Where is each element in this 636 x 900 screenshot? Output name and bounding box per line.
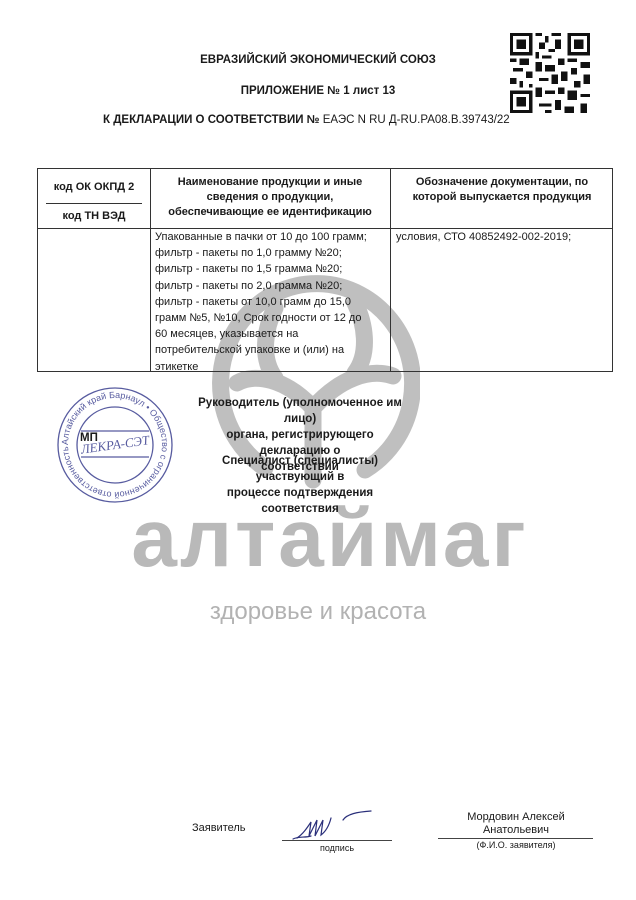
mp-label: МП [80, 432, 98, 444]
header-line: сведения о продукции, [150, 190, 390, 205]
header-line: Наименование продукции и иные [150, 175, 390, 190]
seal-stamp-icon: Алтайский край Барнаул • Общество с огра… [55, 385, 175, 505]
name-line-divider [438, 838, 593, 839]
label-line: Руководитель (уполномоченное им лицо) [190, 395, 410, 427]
declaration-prefix: К ДЕКЛАРАЦИИ О СООТВЕТСТВИИ № [103, 114, 323, 126]
watermark-tagline: здоровье и красота [0, 598, 636, 626]
header-documentation: Обозначение документации, по которой вып… [390, 175, 614, 205]
header-product-name: Наименование продукции и иные сведения о… [150, 175, 390, 220]
header-line: Обозначение документации, по [390, 175, 614, 190]
cell-documentation: условия, СТО 40852492-002-2019; [396, 229, 611, 245]
description-line: Упакованные в пачки от 10 до 100 грамм; [155, 229, 389, 245]
header-line: обеспечивающие ее идентификацию [150, 205, 390, 220]
description-line: 60 месяцев, указывается на [155, 326, 389, 342]
header-line: которой выпускается продукция [390, 190, 614, 205]
applicant-name: Мордовин Алексей Анатольевич [436, 811, 596, 837]
code-divider [46, 203, 142, 204]
applicant-name-label: (Ф.И.О. заявителя) [436, 840, 596, 850]
products-table: код ОК ОКПД 2 код ТН ВЭД Наименование пр… [37, 168, 613, 372]
label-line: Специалист (специалисты) участвующий в [190, 453, 410, 485]
handwritten-signature-icon [285, 808, 385, 842]
description-line: фильтр - пакеты от 10,0 грамм до 15,0 [155, 294, 389, 310]
description-line: грамм №5, №10, Срок годности от 12 до [155, 310, 389, 326]
description-line: фильтр - пакеты по 2,0 грамма №20; [155, 278, 389, 294]
name-line: Мордовин Алексей [436, 811, 596, 824]
specialist-label: Специалист (специалисты) участвующий в п… [190, 453, 410, 517]
applicant-label: Заявитель [192, 822, 246, 834]
cell-description: Упакованные в пачки от 10 до 100 грамм; … [155, 229, 389, 375]
label-line: процессе подтверждения соответствия [190, 485, 410, 517]
description-line: этикетке [155, 359, 389, 375]
header-tnved-code: код ТН ВЭД [38, 209, 150, 224]
description-line: потребительской упаковке и (или) на [155, 342, 389, 358]
qr-code-icon [510, 33, 590, 113]
name-line: Анатольевич [436, 824, 596, 837]
declaration-number: ЕАЭС N RU Д-RU.РА08.В.39743/22 [323, 114, 510, 126]
declaration-title: К ДЕКЛАРАЦИИ О СООТВЕТСТВИИ № ЕАЭС N RU … [103, 114, 510, 126]
description-line: фильтр - пакеты по 1,5 грамма №20; [155, 261, 389, 277]
signature-label: подпись [282, 843, 392, 853]
description-line: фильтр - пакеты по 1,0 грамму №20; [155, 245, 389, 261]
signature-line [282, 840, 392, 841]
header-okpd-code: код ОК ОКПД 2 [38, 180, 150, 195]
